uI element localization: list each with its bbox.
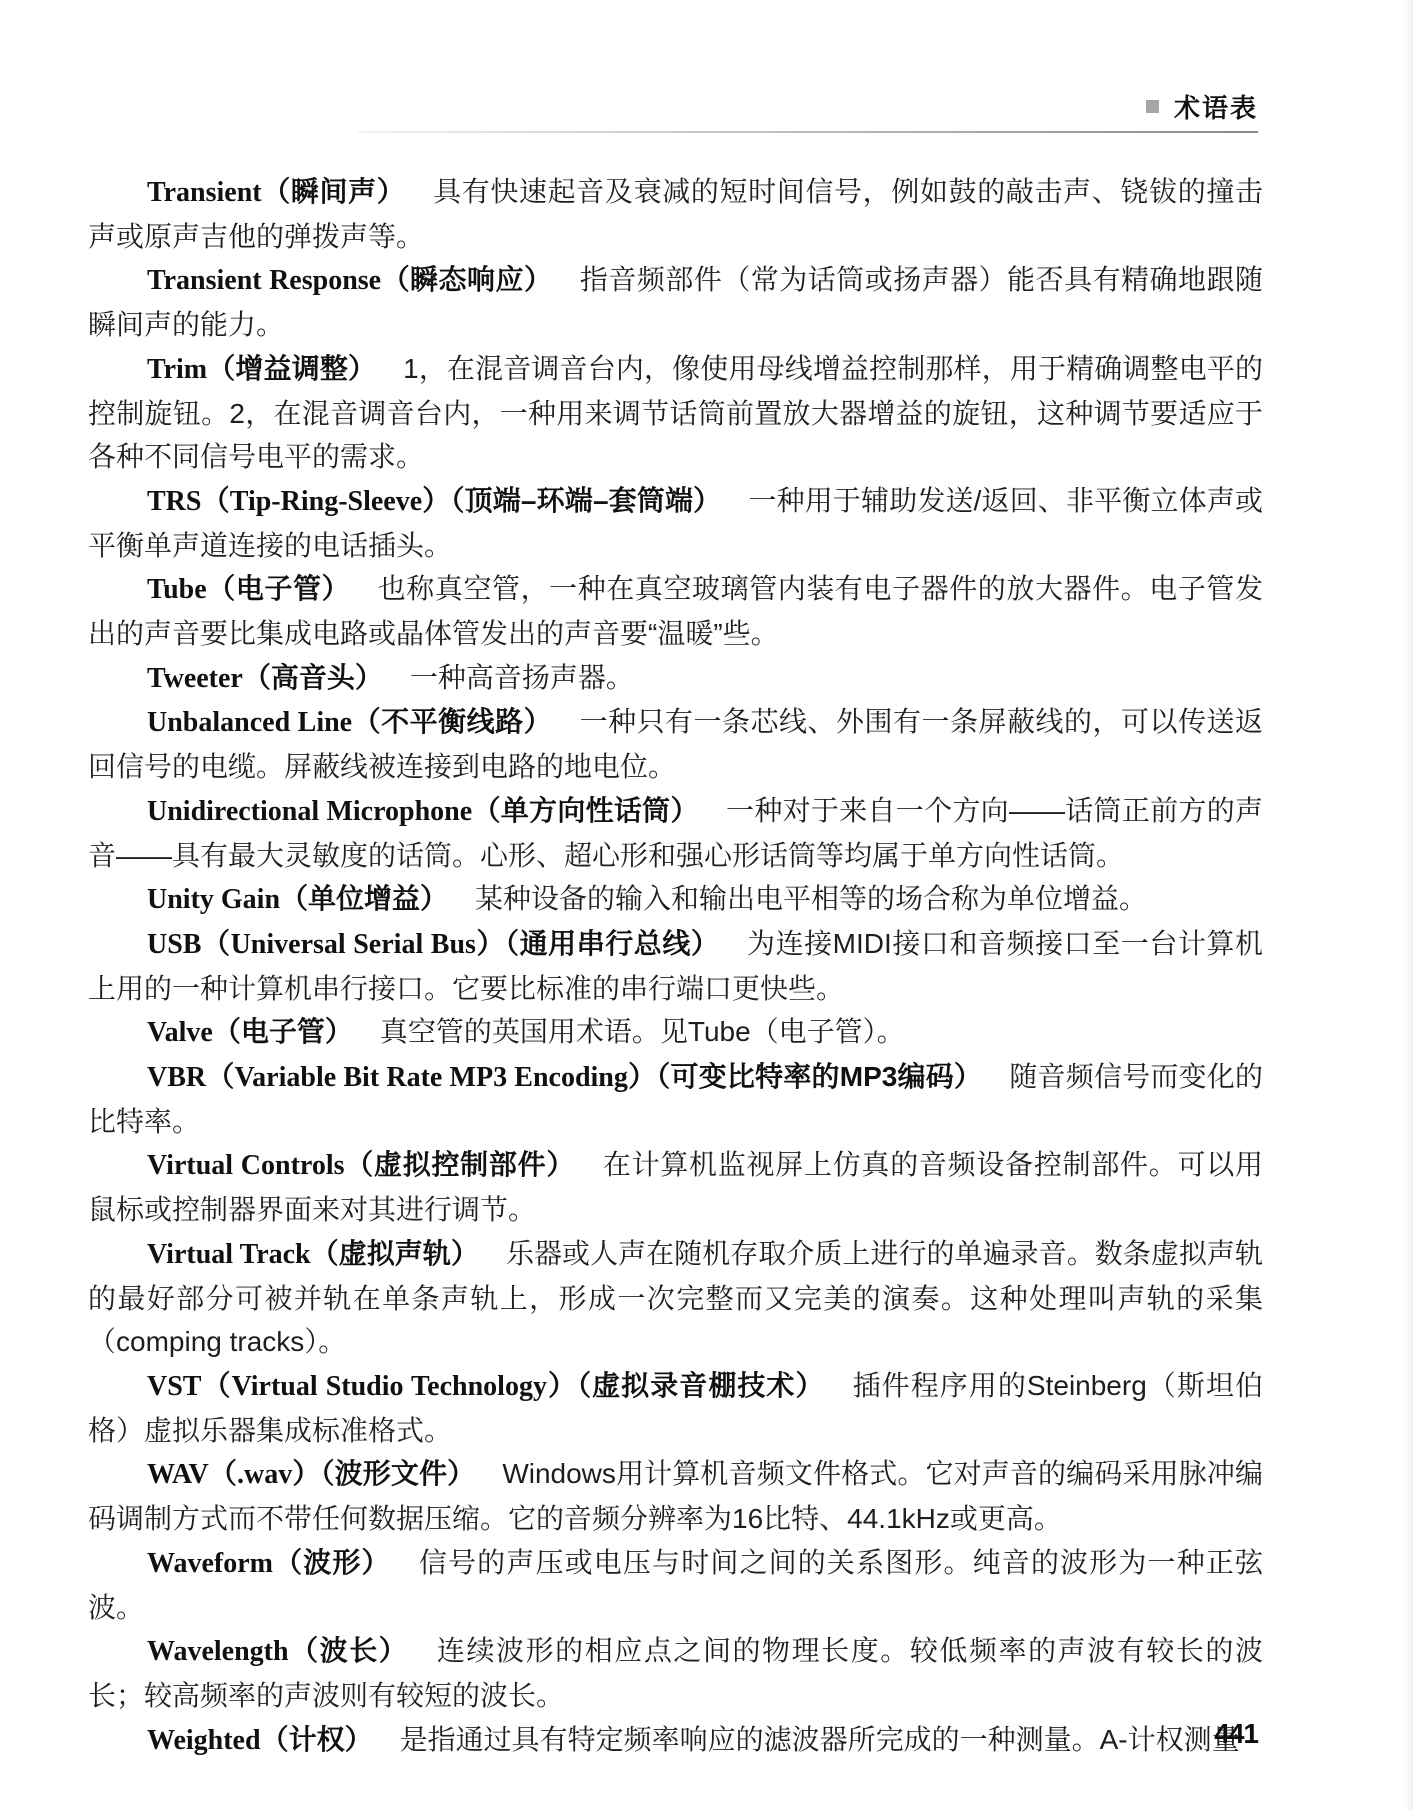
glossary-entry: WAV（.wav）（波形文件）Windows用计算机音频文件格式。它对声音的编码… xyxy=(88,1452,1263,1540)
glossary-entry: Transient Response（瞬态响应）指音频部件（常为话筒或扬声器）能… xyxy=(88,258,1263,346)
glossary-entry: VST（Virtual Studio Technology）（虚拟录音棚技术）插… xyxy=(88,1364,1263,1452)
entry-term-chinese: （瞬态响应） xyxy=(381,264,552,295)
entry-term-chinese: （瞬间声） xyxy=(262,176,406,207)
square-bullet-icon xyxy=(1146,100,1159,113)
entry-term-chinese: （虚拟声轨） xyxy=(311,1238,479,1269)
glossary-entry: Waveform（波形）信号的声压或电压与时间之间的关系图形。纯音的波形为一种正… xyxy=(88,1541,1263,1629)
glossary-entry: Unity Gain（单位增益）某种设备的输入和输出电平相等的场合称为单位增益。 xyxy=(88,877,1263,922)
entry-term-english: Virtual Controls xyxy=(147,1150,345,1181)
glossary-entry: Transient（瞬间声）具有快速起音及衰减的短时间信号，例如鼓的敲击声、铙钹… xyxy=(88,170,1263,258)
entry-term-chinese: （电子管） xyxy=(207,573,350,604)
entry-term-chinese: （可变比特率的MP3编码） xyxy=(656,1061,982,1092)
page-title: 术语表 xyxy=(1174,88,1258,125)
entry-term-english: Unity Gain xyxy=(147,884,280,915)
entry-term-chinese: （计权） xyxy=(261,1724,373,1755)
entry-term-chinese: （虚拟控制部件） xyxy=(345,1149,576,1180)
glossary-entry: Wavelength（波长）连续波形的相应点之间的物理长度。较低频率的声波有较长… xyxy=(88,1629,1263,1717)
entry-term-chinese: （电子管） xyxy=(213,1016,353,1047)
entry-term-english: Unbalanced Line xyxy=(147,707,352,738)
entry-term-english: Weighted xyxy=(147,1725,261,1756)
glossary-entry: Tube（电子管）也称真空管，一种在真空玻璃管内装有电子器件的放大器件。电子管发… xyxy=(88,567,1263,655)
entry-term-chinese: （顶端–环端–套筒端） xyxy=(450,485,721,516)
entry-definition: 是指通过具有特定频率响应的滤波器所完成的一种测量。A-计权测量 xyxy=(400,1724,1240,1755)
entry-term-chinese: （通用串行总线） xyxy=(505,928,719,959)
entry-term-chinese: （增益调整） xyxy=(207,353,376,384)
entry-term-english: WAV（.wav） xyxy=(147,1459,321,1490)
page-number: 441 xyxy=(1214,1718,1258,1750)
entry-term-english: Transient Response xyxy=(147,265,381,296)
glossary-entry: Tweeter（高音头）一种高音扬声器。 xyxy=(88,656,1263,701)
glossary-entry: TRS（Tip-Ring-Sleeve）（顶端–环端–套筒端）一种用于辅助发送/… xyxy=(88,479,1263,567)
entry-term-chinese: （不平衡线路） xyxy=(352,706,552,737)
entry-term-english: Unidirectional Microphone xyxy=(147,796,472,827)
glossary-entry: VBR（Variable Bit Rate MP3 Encoding）（可变比特… xyxy=(88,1055,1263,1143)
entry-term-english: Transient xyxy=(147,177,262,208)
entry-term-english: VBR（Variable Bit Rate MP3 Encoding） xyxy=(147,1062,656,1093)
entry-term-english: VST（Virtual Studio Technology） xyxy=(147,1371,577,1402)
glossary-entry: USB（Universal Serial Bus）（通用串行总线）为连接MIDI… xyxy=(88,922,1263,1010)
entry-term-english: USB（Universal Serial Bus） xyxy=(147,929,505,960)
entry-term-english: TRS（Tip-Ring-Sleeve） xyxy=(147,486,450,517)
entry-term-chinese: （高音头） xyxy=(243,662,383,693)
glossary-entry: Virtual Controls（虚拟控制部件）在计算机监视屏上仿真的音频设备控… xyxy=(88,1143,1263,1231)
entry-term-english: Trim xyxy=(147,354,207,385)
entry-definition: 真空管的英国用术语。见Tube（电子管）。 xyxy=(380,1016,905,1047)
entry-term-english: Waveform xyxy=(147,1548,273,1579)
glossary-entries: Transient（瞬间声）具有快速起音及衰减的短时间信号，例如鼓的敲击声、铙钹… xyxy=(88,170,1263,1762)
entry-term-chinese: （虚拟录音棚技术） xyxy=(577,1370,824,1401)
entry-term-chinese: （单位增益） xyxy=(280,883,448,914)
page-scan-edge xyxy=(1403,0,1413,1810)
glossary-entry: Virtual Track（虚拟声轨）乐器或人声在随机存取介质上进行的单遍录音。… xyxy=(88,1232,1263,1364)
glossary-entry: Trim（增益调整）1，在混音调音台内，像使用母线增益控制那样，用于精确调整电平… xyxy=(88,347,1263,479)
header-rule xyxy=(358,131,1258,133)
entry-term-chinese: （波形文件） xyxy=(321,1458,476,1489)
glossary-entry: Unbalanced Line（不平衡线路）一种只有一条芯线、外围有一条屏蔽线的… xyxy=(88,700,1263,788)
entry-term-english: Wavelength xyxy=(147,1636,289,1667)
entry-term-chinese: （单方向性话筒） xyxy=(472,795,699,826)
glossary-entry: Unidirectional Microphone（单方向性话筒）一种对于来自一… xyxy=(88,789,1263,877)
entry-definition: 一种高音扬声器。 xyxy=(410,662,634,693)
entry-term-english: Virtual Track xyxy=(147,1239,311,1270)
entry-term-english: Tweeter xyxy=(147,663,243,694)
entry-term-chinese: （波形） xyxy=(273,1547,391,1578)
glossary-entry: Weighted（计权）是指通过具有特定频率响应的滤波器所完成的一种测量。A-计… xyxy=(88,1718,1263,1763)
entry-term-chinese: （波长） xyxy=(289,1635,409,1666)
page-header: 术语表 xyxy=(1146,88,1258,125)
entry-term-english: Valve xyxy=(147,1017,213,1048)
entry-term-english: Tube xyxy=(147,574,207,605)
entry-definition: 某种设备的输入和输出电平相等的场合称为单位增益。 xyxy=(475,883,1147,914)
glossary-entry: Valve（电子管）真空管的英国用术语。见Tube（电子管）。 xyxy=(88,1010,1263,1055)
